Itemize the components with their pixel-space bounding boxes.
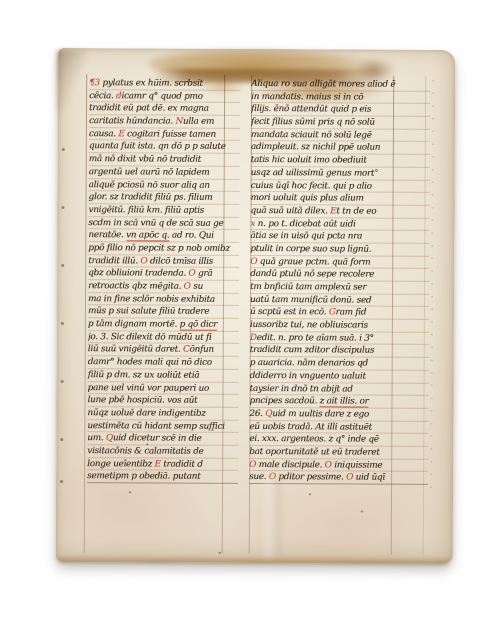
- script-text: iniquissime: [332, 460, 383, 470]
- text-column-right: Aliqua ro sua alligāt mores aliod ēin ma…: [249, 78, 430, 486]
- script-text: vnigēitū. filiū km. filiū aptis: [88, 205, 204, 216]
- manuscript-line: semetipm p obediā. putant: [87, 470, 238, 483]
- script-text: uestimēta cū hidant semp suffici: [87, 421, 224, 432]
- script-text: tradidit cum zditor discipulus: [250, 345, 374, 356]
- speck: [129, 491, 131, 493]
- binding-hole: [61, 264, 64, 267]
- script-text: fecit filius sūmi pris q nō solū: [251, 117, 375, 128]
- script-text: taysier in dnō tn abijt ad: [250, 383, 353, 394]
- script-text: ma in fine sclōr nobis exhibita: [88, 294, 215, 305]
- script-text: ātia se in uisō qui pcta nra: [250, 231, 362, 242]
- script-text: su: [191, 282, 203, 292]
- manuscript-line: ptulit in corpe suo sup lignū.: [250, 243, 429, 257]
- manuscript-line: tradidit illū. O dilcō tmīsa illis: [88, 255, 239, 268]
- script-text: eū uobis tradā. At illi astituēt: [249, 422, 372, 433]
- script-text: sed: [357, 295, 372, 306]
- rubric-mark: O: [184, 282, 191, 292]
- script-text: adimpleuit. sz nichil ppē uolun: [251, 142, 380, 153]
- rubric-mark: O: [249, 460, 256, 470]
- script-text: tradidit illū.: [88, 256, 140, 266]
- manuscript-line: retroactis qbz mēgita. O su: [88, 280, 239, 293]
- script-text: uatū tam munificū donū.: [250, 295, 357, 306]
- manuscript-line: mori uoluit quis plus alium: [251, 192, 430, 206]
- rubric-mark: E: [118, 129, 127, 139]
- manuscript-line: filiū p dm. sz ux uoliūt etiā: [88, 369, 239, 382]
- script-text: lune pbē hospiciū. vos aūt: [87, 395, 197, 406]
- manuscript-line: ū scptū est in ecō. Gram fid: [250, 306, 429, 320]
- manuscript-line: quanta fuit ista. qn dō p p salute: [89, 141, 240, 154]
- script-text: nūqz uoluē dare indigentibz: [87, 408, 205, 419]
- script-text: neratōe.: [88, 230, 126, 240]
- script-text: visitacōnis & calamitatis de: [87, 446, 203, 457]
- script-text: scdm in scā vnū q de scā sua ge: [88, 218, 223, 229]
- manuscript-line: neratōe. vn apōc q. ad ro. Qui: [88, 229, 239, 242]
- manuscript-line: taysier in dnō tn abijt ad: [250, 382, 429, 396]
- script-text: p qō dicr: [180, 320, 218, 331]
- script-text: dicebat aūt uidi: [287, 219, 356, 229]
- manuscript-line: iussoribz tui, ne obliuiscaris: [250, 319, 429, 333]
- manuscript-line: tm bnficiū tam amplexū ser: [250, 281, 429, 295]
- stain-top-main: [149, 49, 381, 80]
- manuscript-line: p auaricia. nām denarios qd: [250, 357, 429, 371]
- manuscript-line: mandata sciauit nō solū legē: [251, 129, 430, 143]
- script-text: Aliqua ro sua alligāt mores aliod ē: [251, 79, 395, 90]
- script-text: liū suū vnigēitū daret.: [88, 345, 183, 355]
- manuscript-line: p tām dignam mortē. p qō dicr: [88, 318, 239, 331]
- manuscript-line: uatū tam munificū donū. sed: [250, 294, 429, 308]
- manuscript-line: pane uel vinū vor pauperi uo: [88, 382, 239, 395]
- script-text: dilcō tmīsa illis: [147, 256, 213, 266]
- script-text: qbz obliuioni tradenda.: [88, 268, 188, 279]
- script-text: in mandatis. maius si in cō: [251, 92, 363, 103]
- script-text: ū scptū est in ecō.: [250, 307, 329, 317]
- text-column-left: ¶3 pylatus ex hūim. scrbsitcēcia. dicamr…: [87, 77, 240, 485]
- script-text: t tn de eo: [336, 206, 376, 216]
- script-text: quanta fuit ista. qn dō p p salute: [89, 142, 226, 153]
- manuscript-line: usqz ad uilissimū genus mort°: [251, 167, 430, 181]
- script-text: caritatis hūndancia.: [89, 116, 176, 126]
- manuscript-line: sue. O pditor pessime. O uid ūqī: [249, 471, 428, 485]
- script-text: ptulit in corpe suo sup lignū.: [250, 244, 371, 255]
- script-text: semetipm p obediā. putant: [87, 471, 200, 482]
- script-text: longe ueīentibz: [87, 459, 154, 469]
- script-text: male discipule.: [256, 460, 325, 470]
- rubric-mark: Q: [106, 433, 113, 443]
- manuscript-line: 26. Quid m uultis dare z ego: [249, 408, 428, 422]
- script-text: ōnfun: [189, 345, 213, 355]
- manuscript-line: causa. E cogitari fuisse tamen: [89, 128, 240, 141]
- manuscript-line: ei. xxx. argenteos. z q° inde qē: [249, 433, 428, 447]
- script-text: pditor pessime.: [276, 472, 346, 482]
- rubric-mark: O: [269, 472, 276, 482]
- script-text: argentū uel aurū nō lapidem: [89, 167, 210, 178]
- script-text: ppō filio nō pepcit sz p nob omibz: [88, 243, 229, 254]
- script-text: dandū ptulū nō sepe recolere: [250, 269, 374, 280]
- script-text: ulla em: [183, 117, 214, 127]
- manuscript-line: caritatis hūndancia. Nulla em: [89, 115, 240, 128]
- script-text: glor. sz tradidit filiū ps. filium: [89, 192, 213, 203]
- manuscript-line: mā nō dixit vbū nō tradidit: [89, 153, 240, 166]
- script-text: um.: [87, 433, 106, 443]
- manuscript-line: ātia se in uisō qui pcta nra: [250, 230, 429, 244]
- script-text: tatis hic uoluit imo obediuit: [251, 155, 367, 166]
- rubric-mark: O: [325, 460, 332, 470]
- manuscript-line: visitacōnis & calamitatis de: [87, 445, 238, 458]
- script-text: aliquē pciosū nō suor aliq an: [89, 180, 210, 191]
- manuscript-line: nūqz uoluē dare indigentibz: [87, 407, 238, 420]
- script-text: z ait illis. or: [320, 397, 369, 408]
- script-text: filiū p dm. sz ux uoliūt etiā: [88, 370, 200, 381]
- manuscript-line: pncipes sacdoū. z ait illis. or: [249, 395, 428, 409]
- script-text: grā: [195, 269, 212, 279]
- manuscript-line: tradidit eū pat dē. ex magna: [89, 103, 240, 116]
- script-text: quā graue pctm. quā form: [257, 257, 370, 268]
- manuscript-line: tatis hic uoluit imo obediuit: [251, 154, 430, 168]
- crease-bottom-center: [266, 477, 282, 559]
- manuscript-line: um. Quid dicetur scē in die: [87, 432, 238, 445]
- binding-hole: [61, 380, 64, 383]
- rubric-mark: ¶3: [89, 78, 102, 88]
- script-text: iussoribz tui, ne obliuiscaris: [250, 320, 368, 331]
- script-text: ei. xxx. argenteos. z q° inde qē: [249, 434, 378, 445]
- script-text: mā nō dixit vbū nō tradidit: [89, 154, 201, 165]
- rubric-mark: O: [346, 473, 353, 483]
- script-text: pane uel vinū vor pauperi uo: [88, 383, 209, 394]
- manuscript-line: Aliqua ro sua alligāt mores aliod ē: [251, 78, 430, 92]
- script-text: edit. n. pro te aīam suā. i 3°: [257, 333, 374, 344]
- script-text: bat oportunitatē ut eū traderet: [249, 447, 379, 458]
- script-text: ad ro. Qui: [169, 231, 213, 241]
- script-text: tradidit eū pat dē. ex magna: [89, 104, 209, 115]
- manuscript-line: bat oportunitatē ut eū traderet: [249, 446, 428, 460]
- manuscript-line: filijs. ēnō attendūt quid p eis: [251, 103, 430, 117]
- binding-hole: [60, 438, 63, 441]
- manuscript-line: cuius ūqī hoc fecit. qui p alio: [251, 179, 430, 193]
- speck: [146, 443, 148, 445]
- script-text: mūs p sui salute filiū tradere: [88, 306, 209, 317]
- script-text: p tām dignam mortē.: [88, 319, 180, 329]
- manuscript-line: scdm in scā vnū q de scā sua ge: [88, 217, 239, 230]
- binding-hole: [62, 206, 65, 209]
- rubric-mark: N: [175, 117, 183, 127]
- manuscript-line: longe ueīentibz E tradidit d: [87, 458, 238, 471]
- manuscript-line: liū suū vnigēitū daret. Cōnfun: [88, 344, 239, 357]
- script-text: icamr q° quod pmo: [121, 91, 202, 101]
- manuscript-line: fecit filius sūmi pris q nō solū: [251, 116, 430, 130]
- manuscript-line: glor. sz tradidit filiū ps. filium: [89, 191, 240, 204]
- script-text: ddiderro in vnguento ualuit: [250, 371, 366, 382]
- script-text: uid ūqī: [353, 473, 385, 483]
- manuscript-line: tradidit cum zditor discipulus: [250, 344, 429, 358]
- script-text: n. po t.: [258, 219, 287, 230]
- manuscript-line: ma in fine sclōr nobis exhibita: [88, 293, 239, 306]
- speck: [309, 493, 311, 495]
- manuscript-line: ddiderro in vnguento ualuit: [250, 370, 429, 384]
- script-text: jo. 3. Sic dilexit dō mūdū ut fi: [88, 332, 212, 343]
- manuscript-line: qbz obliuioni tradenda. O grā: [88, 267, 239, 280]
- script-text: tm bnficiū tam amplexū ser: [250, 282, 366, 293]
- script-text: cuius ūqī hoc fecit. qui p alio: [251, 180, 372, 191]
- script-text: ram fid: [336, 308, 367, 318]
- binding-hole: [61, 322, 64, 325]
- script-text: cogitari fuisse tamen: [127, 129, 216, 139]
- script-text: filijs. ēnō attendūt quid p eis: [251, 104, 371, 115]
- script-text: causa.: [89, 129, 119, 139]
- script-text: retroactis qbz mēgita.: [88, 281, 184, 292]
- manuscript-line: vnigēitū. filiū km. filiū aptis: [88, 204, 239, 217]
- prick-marks: [430, 80, 434, 488]
- script-text: uid m uultis dare z ego: [272, 409, 369, 420]
- script-text: pylatus ex hūim. scrbsit: [102, 78, 202, 89]
- manuscript-line: in mandatis. maius si in cō: [251, 91, 430, 105]
- rubric-mark: O: [250, 257, 257, 267]
- script-text: usqz ad uilissimū genus mort: [251, 168, 375, 179]
- script-text: mori uoluit quis plus alium: [251, 193, 364, 204]
- script-text: mandata sciauit nō solū legē: [251, 130, 372, 141]
- speck: [219, 552, 221, 554]
- manuscript-line: quā suā uitā dilex. Et tn de eo: [250, 205, 429, 219]
- rubric-mark: Q: [265, 409, 272, 419]
- manuscript-line: dandū ptulū nō sepe recolere: [250, 268, 429, 282]
- script-text: tradidit d: [161, 459, 203, 469]
- script-text: 26.: [249, 409, 265, 419]
- manuscript-line: jo. 3. Sic dilexit dō mūdū ut fi: [88, 331, 239, 344]
- script-text: uid dicetur scē in die: [113, 434, 202, 444]
- corner-crease-top-left: [56, 50, 86, 112]
- manuscript-line: O quā graue pctm. quā form: [250, 256, 429, 270]
- manuscript-line: aliquē pciosū nō suor aliq an: [89, 179, 240, 192]
- manuscript-line: cēcia. dicamr q° quod pmo: [89, 90, 240, 103]
- script-text: vn apōc q.: [126, 231, 169, 242]
- script-text: damr° hodes mali qui nō dico: [88, 357, 212, 368]
- manuscript-leaf: ¶3 pylatus ex hūim. scrbsitcēcia. dicamr…: [56, 48, 456, 564]
- script-text: p auaricia. nām denarios qd: [250, 358, 368, 369]
- binding-hole: [62, 148, 65, 151]
- manuscript-line: lune pbē hospiciū. vos aūt: [87, 394, 238, 407]
- manuscript-line: Dedit. n. pro te aīam suā. i 3°: [250, 332, 429, 346]
- rubric-mark: °: [374, 168, 378, 178]
- script-text: cēcia.: [89, 91, 116, 101]
- manuscript-line: x n. po t. dicebat aūt uidi: [250, 218, 429, 232]
- bottom-edge-tint: [58, 554, 451, 564]
- manuscript-line: mūs p sui salute filiū tradere: [88, 305, 239, 318]
- manuscript-line: ppō filio nō pepcit sz p nob omibz: [88, 242, 239, 255]
- speck: [361, 511, 363, 513]
- photo-background: ¶3 pylatus ex hūim. scrbsitcēcia. dicamr…: [0, 0, 500, 626]
- manuscript-line: uestimēta cū hidant semp suffici: [87, 420, 238, 433]
- manuscript-line: adimpleuit. sz nichil ppē uolun: [251, 141, 430, 155]
- script-text: quā suā uitā dilex.: [250, 206, 330, 216]
- binding-hole: [60, 480, 63, 483]
- manuscript-line: eū uobis tradā. At illi astituēt: [249, 421, 428, 435]
- manuscript-line: argentū uel aurū nō lapidem: [89, 166, 240, 179]
- script-text: pncipes sacdoū.: [249, 396, 319, 406]
- manuscript-line: ¶3 pylatus ex hūim. scrbsit: [89, 77, 240, 90]
- manuscript-line: damr° hodes mali qui nō dico: [88, 356, 239, 369]
- script-text: sue.: [249, 472, 269, 482]
- manuscript-line: O male discipule. O iniquissime: [249, 459, 428, 473]
